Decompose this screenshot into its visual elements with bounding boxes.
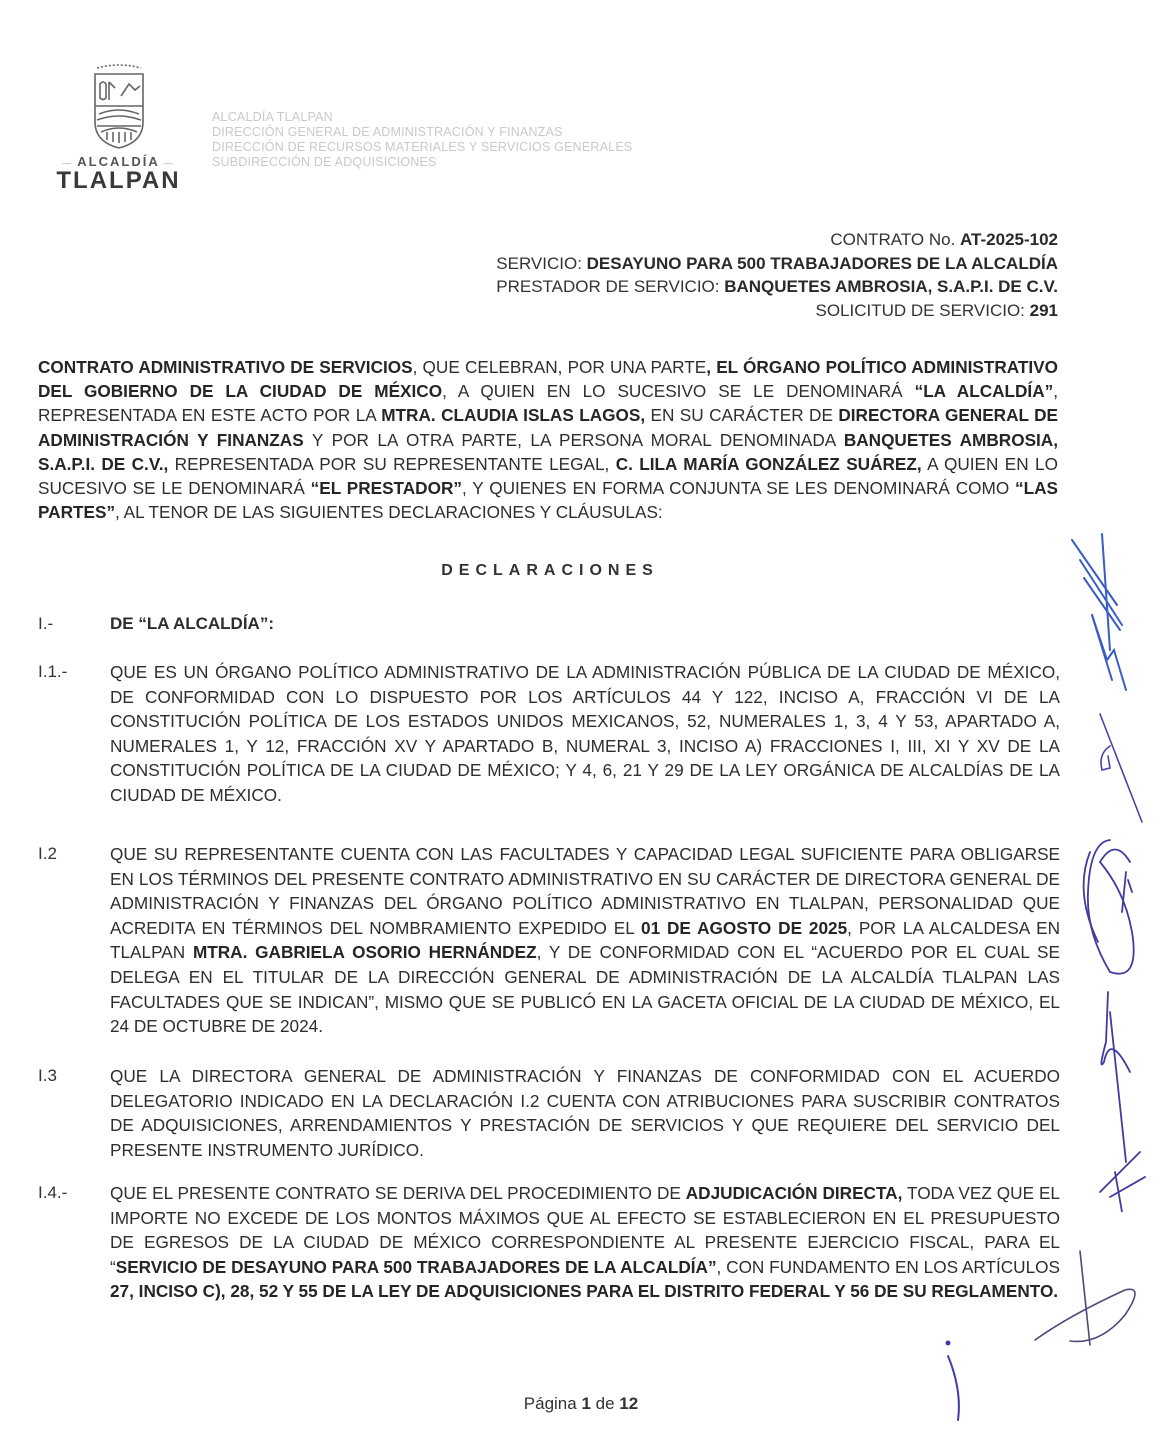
section-title: DE “LA ALCALDÍA”: (110, 614, 274, 634)
declaration-bold: 27, INCISO C), 28, 52 Y 55 DE LA LEY DE … (110, 1281, 1058, 1301)
service-request-number: 291 (1030, 301, 1058, 320)
declaration-text: QUE EL PRESENTE CONTRATO SE DERIVA DEL P… (110, 1183, 686, 1203)
intro-paragraph: CONTRATO ADMINISTRATIVO DE SERVICIOS, QU… (38, 355, 1058, 524)
signature-flourish-icon (1030, 1245, 1145, 1355)
coat-of-arms-icon (87, 62, 151, 150)
intro-bold: “EL PRESTADOR” (311, 478, 462, 498)
declarations-heading: DECLARACIONES (0, 562, 1100, 580)
declaration-bold: SERVICIO DE DESAYUNO PARA 500 TRABAJADOR… (116, 1257, 717, 1277)
contract-page: ALCALDÍA TLALPAN ALCALDÍA TLALPAN DIRECC… (0, 0, 1162, 1452)
contract-number-label: CONTRATO No. (830, 230, 960, 249)
declaration-number: I.3 (38, 1066, 57, 1086)
declaration-number: I.1.- (38, 662, 67, 682)
contract-header: CONTRATO No. AT-2025-102 SERVICIO: DESAY… (496, 228, 1058, 322)
intro-text: , A QUIEN EN LO SUCESIVO SE LE DENOMINAR… (442, 381, 915, 401)
service-label: SERVICIO: (496, 254, 586, 273)
declaration-bold: 01 DE AGOSTO DE 2025 (641, 918, 847, 938)
intro-text: Y POR LA OTRA PARTE, LA PERSONA MORAL DE… (304, 430, 844, 450)
contract-number-line: CONTRATO No. AT-2025-102 (496, 228, 1058, 252)
logo-caption-large: TLALPAN (46, 169, 191, 193)
service-line: SERVICIO: DESAYUNO PARA 500 TRABAJADORES… (496, 252, 1058, 276)
department-line: DIRECCIÓN DE RECURSOS MATERIALES Y SERVI… (212, 140, 632, 155)
service-request-label: SOLICITUD DE SERVICIO: (816, 301, 1030, 320)
alcaldia-tlalpan-logo: ALCALDÍA TLALPAN (46, 62, 191, 193)
intro-bold: C. LILA MARÍA GONZÁLEZ SUÁREZ, (616, 454, 922, 474)
intro-text: , QUE CELEBRAN, POR UNA PARTE (413, 357, 707, 377)
service-value: DESAYUNO PARA 500 TRABAJADORES DE LA ALC… (587, 254, 1058, 273)
provider-label: PRESTADOR DE SERVICIO: (496, 277, 724, 296)
intro-bold: MTRA. CLAUDIA ISLAS LAGOS, (381, 405, 645, 425)
department-line: DIRECCIÓN GENERAL DE ADMINISTRACIÓN Y FI… (212, 125, 632, 140)
page-of: de (591, 1394, 619, 1413)
contract-number: AT-2025-102 (960, 230, 1058, 249)
intro-bold: CONTRATO ADMINISTRATIVO DE SERVICIOS (38, 357, 413, 377)
intro-text: , AL TENOR DE LAS SIGUIENTES DECLARACION… (115, 502, 663, 522)
page-total: 12 (619, 1394, 638, 1413)
declaration-number: I.4.- (38, 1183, 67, 1203)
intro-text: , Y QUIENES EN FORMA CONJUNTA SE LES DEN… (462, 478, 1015, 498)
provider-line: PRESTADOR DE SERVICIO: BANQUETES AMBROSI… (496, 275, 1058, 299)
declaration-bold: MTRA. GABRIELA OSORIO HERNÁNDEZ (193, 942, 537, 962)
intro-text: EN SU CARÁCTER DE (645, 405, 838, 425)
intro-bold: “LA ALCALDÍA” (915, 381, 1054, 401)
section-number: I.- (38, 614, 53, 634)
department-line: ALCALDÍA TLALPAN (212, 110, 632, 125)
letterhead-departments: ALCALDÍA TLALPAN DIRECCIÓN GENERAL DE AD… (212, 110, 632, 170)
signature-initials-2-icon (1080, 710, 1150, 830)
declaration-1-1: QUE ES UN ÓRGANO POLÍTICO ADMINISTRATIVO… (110, 660, 1060, 808)
provider-value: BANQUETES AMBROSIA, S.A.P.I. DE C.V. (724, 277, 1058, 296)
signature-initials-1-icon (1062, 530, 1162, 700)
signature-stroke-icon (940, 1340, 970, 1425)
declaration-1-3: QUE LA DIRECTORA GENERAL DE ADMINISTRACI… (110, 1064, 1060, 1162)
service-request-line: SOLICITUD DE SERVICIO: 291 (496, 299, 1058, 323)
page-label: Página (524, 1394, 582, 1413)
page-current: 1 (581, 1394, 590, 1413)
declaration-1-2: QUE SU REPRESENTANTE CUENTA CON LAS FACU… (110, 842, 1060, 1039)
declaration-text: , CON FUNDAMENTO EN LOS ARTÍCULOS (717, 1257, 1060, 1277)
declaration-number: I.2 (38, 844, 57, 864)
signature-main-icon (1070, 832, 1160, 1212)
page-number: Página 1 de 12 (0, 1394, 1162, 1414)
department-line: SUBDIRECCIÓN DE ADQUISICIONES (212, 155, 632, 170)
intro-text: REPRESENTADA POR SU REPRESENTANTE LEGAL, (168, 454, 615, 474)
declaration-1-4: QUE EL PRESENTE CONTRATO SE DERIVA DEL P… (110, 1181, 1060, 1304)
declaration-bold: ADJUDICACIÓN DIRECTA, (686, 1183, 903, 1203)
